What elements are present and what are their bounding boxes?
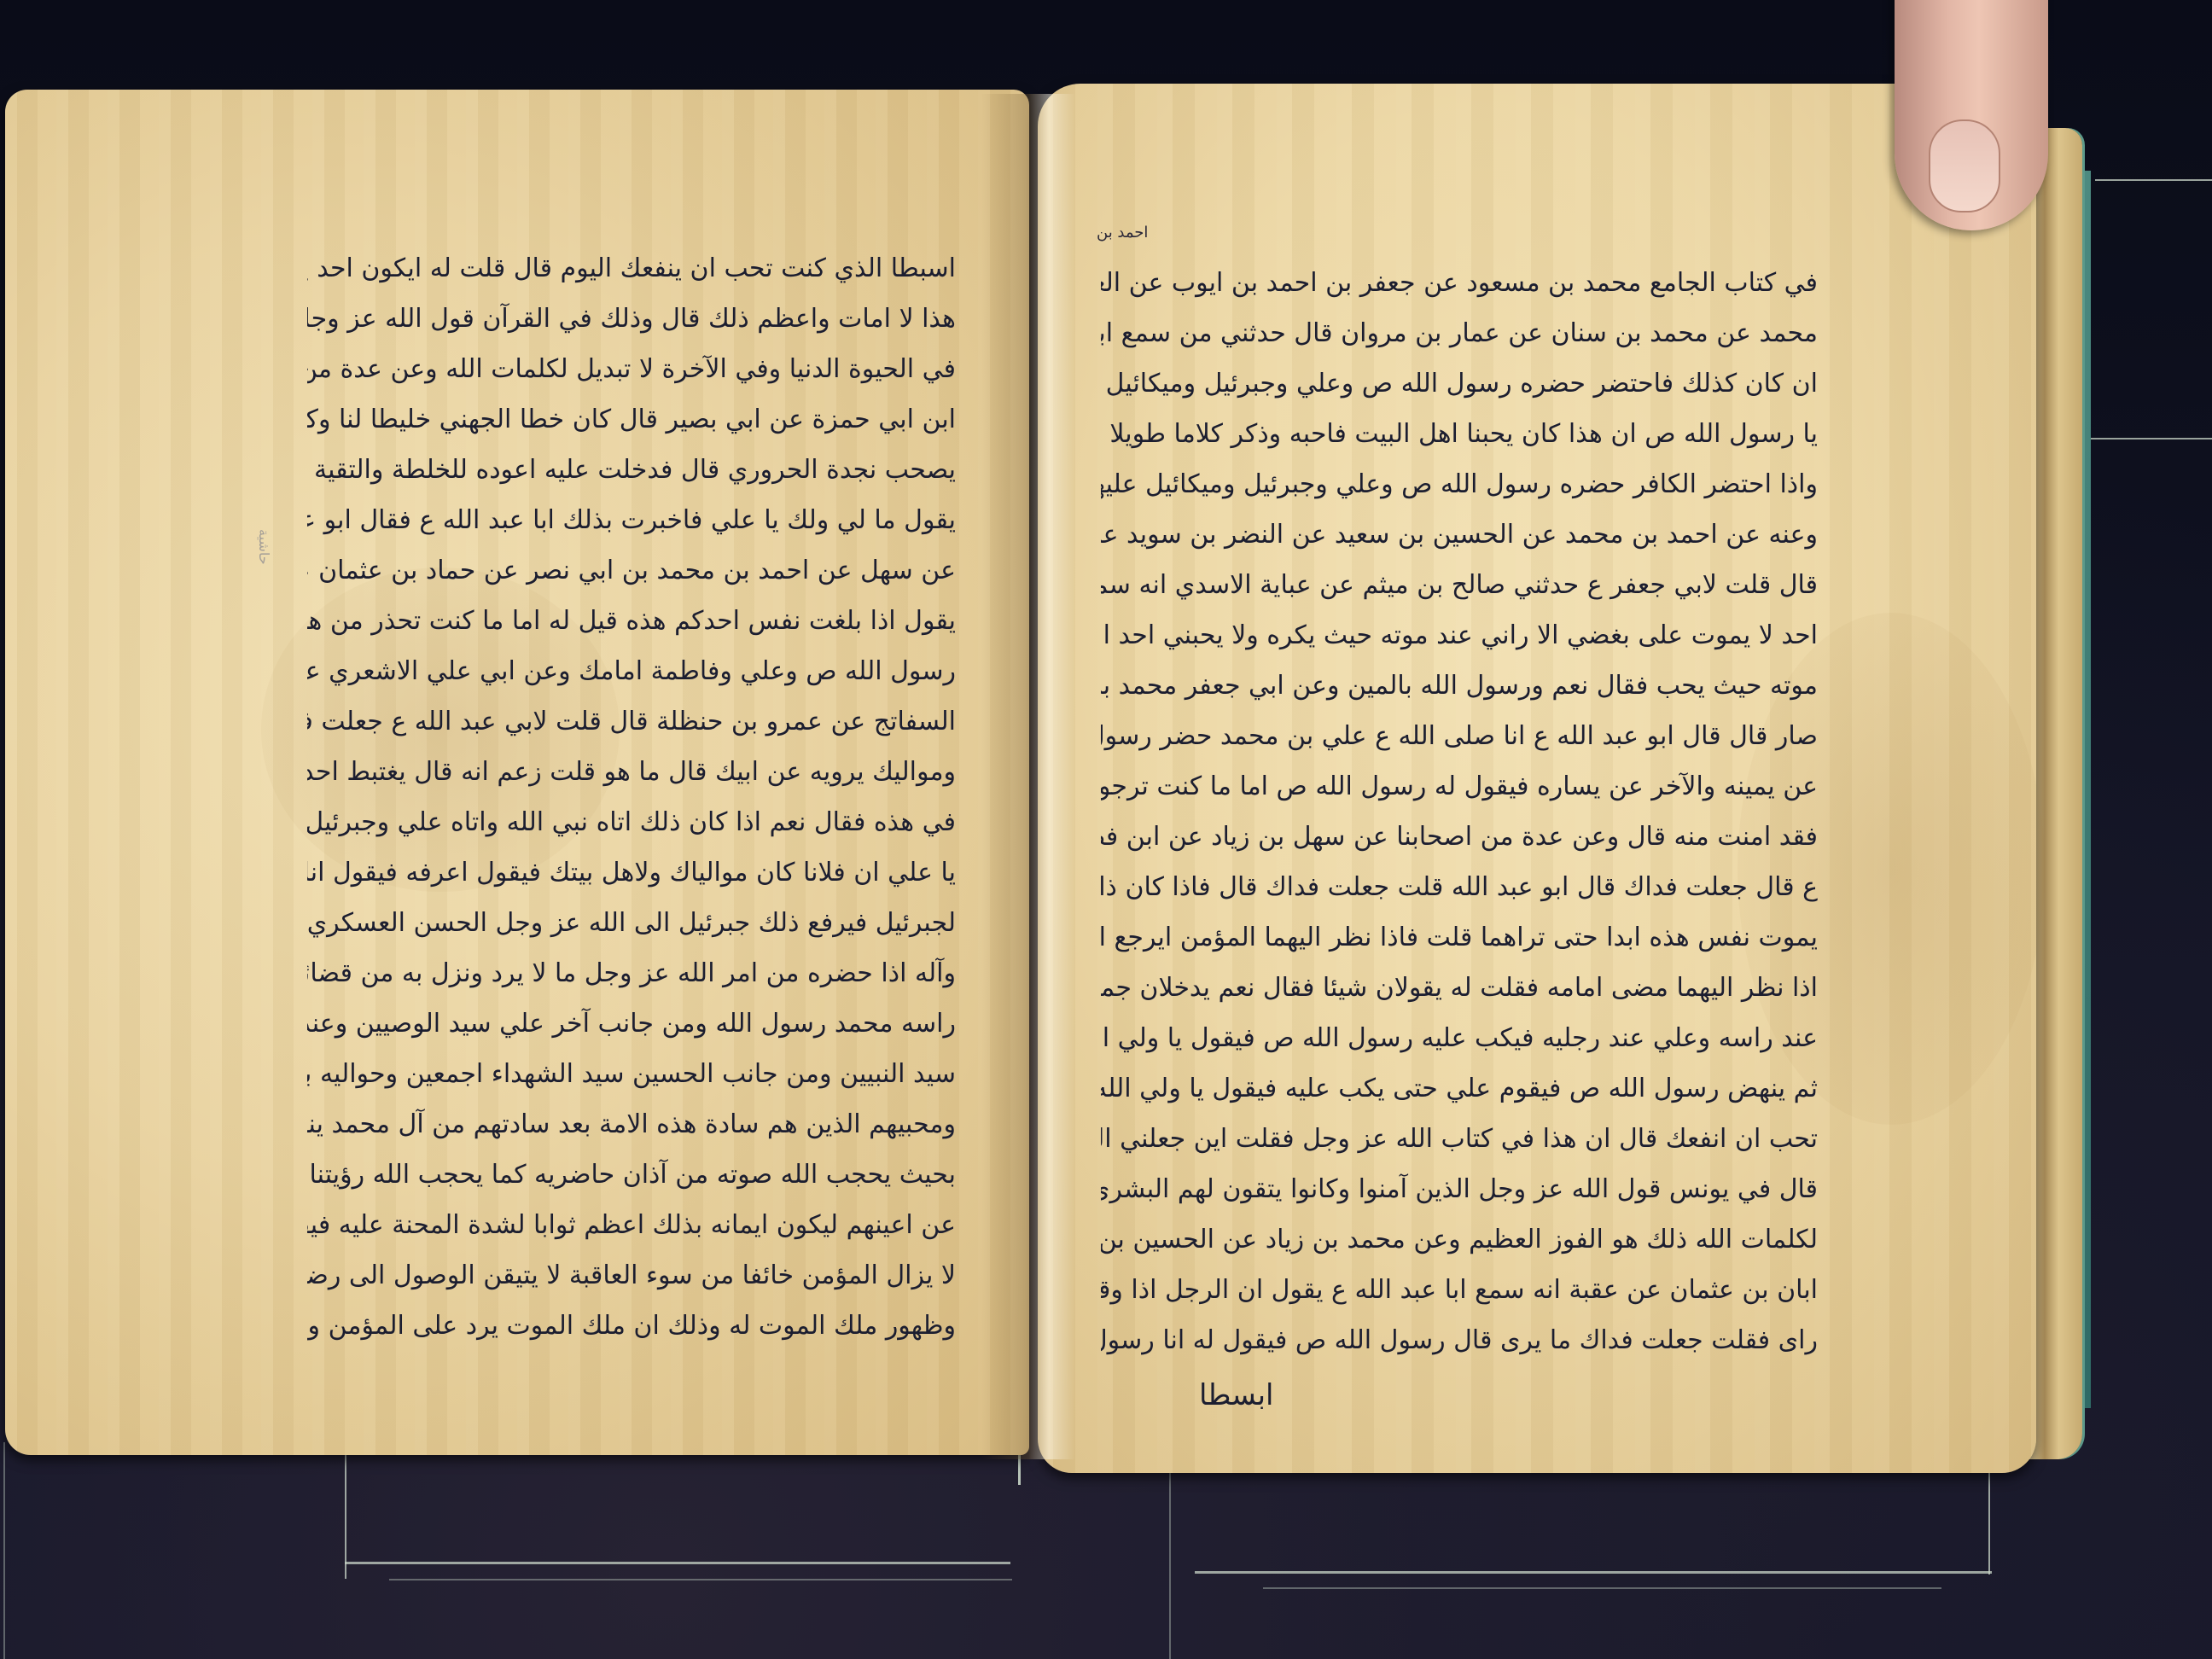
- text-line: في هذه فقال نعم اذا كان ذلك اتاه نبي الل…: [307, 797, 956, 847]
- text-line: عن يمينه والآخر عن يساره فيقول له رسول ا…: [1101, 761, 1818, 812]
- text-line: يصحب نجدة الحروري قال فدخلت عليه اعوده ل…: [307, 445, 956, 495]
- text-line: واذا احتضر الكافر حضره رسول الله ص وعلي …: [1101, 459, 1818, 509]
- text-line: ان كان كذلك فاحتضر حضره رسول الله ص وعلي…: [1101, 358, 1818, 409]
- table-guide-line: [1018, 1451, 1021, 1485]
- text-line: وعنه عن احمد بن محمد عن الحسين بن سعيد ع…: [1101, 509, 1818, 560]
- text-line: يموت نفس هذه ابدا حتى تراهما قلت فاذا نظ…: [1101, 912, 1818, 963]
- right-margin-note: احمد بن: [1097, 224, 1148, 242]
- text-line: موته حيث يحب فقال نعم ورسول الله بالمين …: [1101, 661, 1818, 711]
- text-line: اذا نظر اليهما مضى امامه فقلت له يقولان …: [1101, 963, 1818, 1013]
- catchword: ابسطا: [1199, 1378, 1274, 1412]
- text-line: في كتاب الجامع محمد بن مسعود عن جعفر بن …: [1101, 258, 1818, 308]
- text-line: صار قال قال ابو عبد الله ع انا صلى الله …: [1101, 711, 1818, 761]
- table-guide-line: [1263, 1587, 1941, 1589]
- left-page-text: اسبطا الذي كنت تحب ان ينفعك اليوم قال قل…: [307, 243, 956, 1351]
- right-page-text: في كتاب الجامع محمد بن مسعود عن جعفر بن …: [1101, 258, 1818, 1365]
- text-line: بحيث يحجب الله صوته من آذان حاضريه كما ي…: [307, 1150, 956, 1200]
- table-guide-line: [1169, 1468, 1171, 1659]
- table-guide-line: [1988, 1468, 1990, 1575]
- text-line: عن اعينهم ليكون ايمانه بذلك اعظم ثوابا ل…: [307, 1200, 956, 1250]
- text-line: وآله اذا حضره من امر الله عز وجل ما لا ي…: [307, 948, 956, 998]
- finger-holding-page: [1895, 0, 2048, 230]
- text-line: محمد عن محمد بن سنان عن عمار بن مروان قا…: [1101, 308, 1818, 358]
- table-guide-line: [345, 1562, 1010, 1564]
- text-line: لجبرئيل فيرفع ذلك جبرئيل الى الله عز وجل…: [307, 898, 956, 948]
- text-line: احد لا يموت على بغضي الا راني عند موته ح…: [1101, 610, 1818, 661]
- table-guide-line: [345, 1434, 346, 1579]
- text-line: ع قال جعلت فداك قال ابو عبد الله قلت جعل…: [1101, 862, 1818, 912]
- text-line: راى فقلت جعلت فداك ما يرى قال رسول الله …: [1101, 1315, 1818, 1365]
- text-line: قال قلت لابي جعفر ع حدثني صالح بن ميثم ع…: [1101, 560, 1818, 610]
- table-guide-line: [2087, 438, 2212, 439]
- left-margin-note: حاشية: [256, 529, 272, 1007]
- text-line: يا علي ان فلانا كان موالياك ولاهل بيتك ف…: [307, 847, 956, 898]
- text-line: عن سهل عن احمد بن محمد بن ابي نصر عن حما…: [307, 545, 956, 596]
- text-line: سيد النبيين ومن جانب الحسين سيد الشهداء …: [307, 1049, 956, 1099]
- text-line: في الحيوة الدنيا وفي الآخرة لا تبديل لكل…: [307, 344, 956, 394]
- text-line: هذا لا امات واعظم ذلك قال وذلك في القرآن…: [307, 294, 956, 344]
- text-line: يقول اذا بلغت نفس احدكم هذه قيل له اما م…: [307, 596, 956, 646]
- text-line: ابان بن عثمان عن عقبة انه سمع ابا عبد ال…: [1101, 1265, 1818, 1315]
- table-guide-line: [3, 1442, 5, 1659]
- text-line: السفاتج عن عمرو بن حنظلة قال قلت لابي عب…: [307, 696, 956, 747]
- text-line: راسه محمد رسول الله ومن جانب آخر علي سيد…: [307, 998, 956, 1049]
- text-line: ثم ينهض رسول الله ص فيقوم علي حتى يكب عل…: [1101, 1063, 1818, 1114]
- text-line: ومواليك يرويه عن ابيك قال ما هو قلت زعم …: [307, 747, 956, 797]
- text-line: اسبطا الذي كنت تحب ان ينفعك اليوم قال قل…: [307, 243, 956, 294]
- text-line: ومحبيهم الذين هم سادة هذه الامة بعد سادت…: [307, 1099, 956, 1150]
- text-line: لكلمات الله ذلك هو الفوز العظيم وعن محمد…: [1101, 1214, 1818, 1265]
- text-line: رسول الله ص وعلي وفاطمة امامك وعن ابي عل…: [307, 646, 956, 696]
- text-line: تحب ان انفعك قال ان هذا في كتاب الله عز …: [1101, 1114, 1818, 1164]
- text-line: لا يزال المؤمن خائفا من سوء العاقبة لا ي…: [307, 1250, 956, 1301]
- text-line: قال في يونس قول الله عز وجل الذين آمنوا …: [1101, 1164, 1818, 1214]
- table-guide-line: [2095, 179, 2212, 181]
- text-line: فقد امنت منه قال وعن عدة من اصحابنا عن س…: [1101, 812, 1818, 862]
- text-line: يا رسول الله ص ان هذا كان يحبنا اهل البي…: [1101, 409, 1818, 459]
- text-line: عند راسه وعلي عند رجليه فيكب عليه رسول ا…: [1101, 1013, 1818, 1063]
- fingernail: [1929, 119, 2000, 212]
- table-guide-line: [1195, 1571, 1992, 1574]
- table-guide-line: [389, 1579, 1012, 1580]
- text-line: ابن ابي حمزة عن ابي بصير قال كان خطا الج…: [307, 394, 956, 445]
- text-line: وظهور ملك الموت له وذلك ان ملك الموت يرد…: [307, 1301, 956, 1351]
- text-line: يقول ما لي ولك يا علي فاخبرت بذلك ابا عب…: [307, 495, 956, 545]
